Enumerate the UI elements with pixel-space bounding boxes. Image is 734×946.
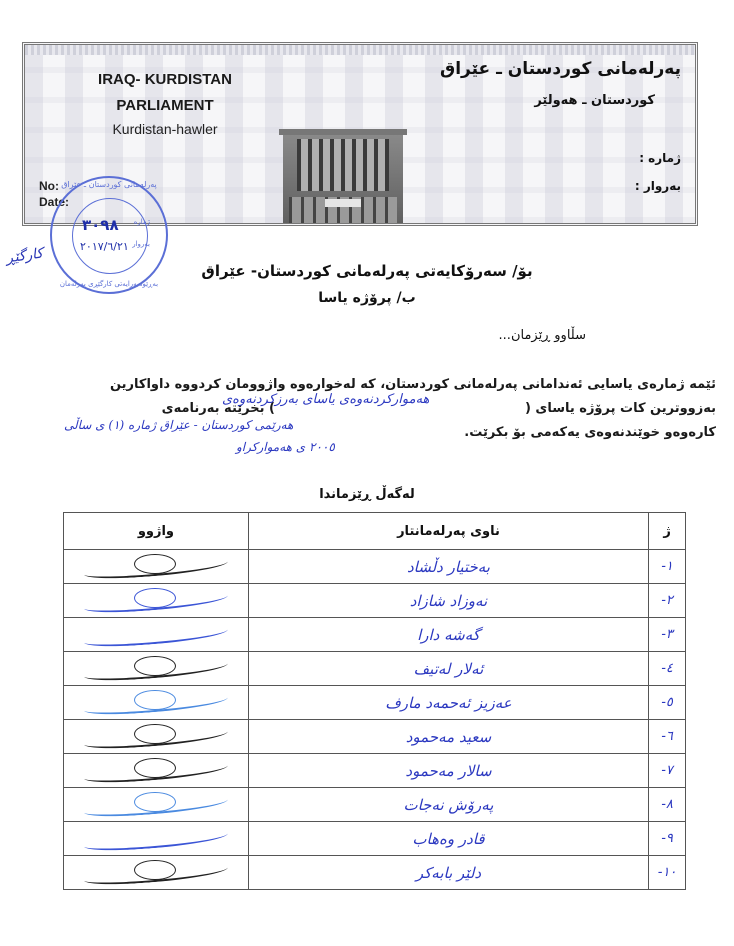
signature xyxy=(64,550,249,584)
member-name: نەوزاد شازاد xyxy=(248,584,648,618)
header-signature: واژوو xyxy=(64,513,249,550)
row-number: ٩- xyxy=(649,822,686,856)
signatures-table: ژ ناوی پەرلەمانتار واژوو ١- بەختیار دڵشا… xyxy=(63,512,686,890)
signature xyxy=(64,822,249,856)
member-name: عەزیز ئەحمەد مارف xyxy=(248,686,648,720)
table-row: ٣- گەشە دارا xyxy=(64,618,686,652)
row-number: ٤- xyxy=(649,652,686,686)
body-line-2-start: بەزووترین کات پرۆژە یاسای ( xyxy=(525,401,716,416)
signature xyxy=(64,652,249,686)
handwritten-law-name-2: هەرێمی کوردستان - عێراق ژمارە (١) ی ساڵی xyxy=(64,418,293,432)
table-row: ٥- عەزیز ئەحمەد مارف xyxy=(64,686,686,720)
parliament-building-icon xyxy=(283,133,403,226)
member-name: گەشە دارا xyxy=(248,618,648,652)
table-row: ٤- ئەلار لەتیف xyxy=(64,652,686,686)
letterhead-english-title: IRAQ- KURDISTAN PARLIAMENT xyxy=(65,67,265,119)
en-title-line1: IRAQ- KURDISTAN xyxy=(65,67,265,93)
member-name: دلێر بابەکر xyxy=(248,856,648,890)
stamp-date-label: بەروار xyxy=(132,240,150,248)
signature xyxy=(64,754,249,788)
table-header-row: ژ ناوی پەرلەمانتار واژوو xyxy=(64,513,686,550)
member-name: قادر وەهاب xyxy=(248,822,648,856)
stamp-number-label: ژمارە xyxy=(134,218,150,226)
letterhead-border-strip xyxy=(25,45,695,55)
recipient-line: بۆ/ سەرۆکایەتی پەرلەمانی کوردستان- عێراق xyxy=(0,262,734,280)
handwritten-law-name-1: هەموارکردنەوەی یاسای بەرزکردنەوەی xyxy=(222,392,429,407)
table-row: ٢- نەوزاد شازاد xyxy=(64,584,686,618)
table-row: ٧- سالار مەحمود xyxy=(64,754,686,788)
signature xyxy=(64,720,249,754)
table-row: ٩- قادر وەهاب xyxy=(64,822,686,856)
row-number: ٧- xyxy=(649,754,686,788)
stamp-ring-text-top: پەرلەمانی کوردستان ـ عێراق xyxy=(52,180,166,189)
row-number: ٦- xyxy=(649,720,686,754)
member-name: بەختیار دڵشاد xyxy=(248,550,648,584)
member-name: پەرۆش نەجات xyxy=(248,788,648,822)
handwritten-law-name-3: ٢٠٠٥ ی هەموارکراو xyxy=(236,440,335,454)
table-row: ٦- سعید مەحمود xyxy=(64,720,686,754)
stamp-date: ٢٠١٧/٦/٢١ xyxy=(80,240,129,253)
signature xyxy=(64,584,249,618)
letterhead-english-subtitle: Kurdistan-hawler xyxy=(65,121,265,137)
row-number: ٥- xyxy=(649,686,686,720)
greeting: سڵاوو ڕێزمان... xyxy=(499,328,586,343)
letterhead-kurdish-subtitle: کوردستان ـ هەولێر xyxy=(534,93,655,108)
signature xyxy=(64,788,249,822)
table-row: ٨- پەرۆش نەجات xyxy=(64,788,686,822)
letterhead-kurdish-title: پەرلەمانی کوردستان ـ عێراق xyxy=(440,59,681,79)
signature xyxy=(64,618,249,652)
header-number: ژ xyxy=(649,513,686,550)
row-number: ٨- xyxy=(649,788,686,822)
signature xyxy=(64,856,249,890)
row-number: ١٠- xyxy=(649,856,686,890)
row-number: ٢- xyxy=(649,584,686,618)
table-row: ١٠- دلێر بابەکر xyxy=(64,856,686,890)
row-number: ٣- xyxy=(649,618,686,652)
member-name: سعید مەحمود xyxy=(248,720,648,754)
member-name: سالار مەحمود xyxy=(248,754,648,788)
signature xyxy=(64,686,249,720)
stamp-ring-text-bottom: بەڕێوەبەرایەتی کارگێڕی پەرلەمان xyxy=(52,280,166,288)
header-name: ناوی پەرلەمانتار xyxy=(248,513,648,550)
member-name: ئەلار لەتیف xyxy=(248,652,648,686)
en-title-line2: PARLIAMENT xyxy=(65,93,265,119)
letter-body: ئێمە ژمارەی یاسایی ئەندامانی پەرلەمانی ک… xyxy=(76,373,716,445)
stamp-number: ٣٠٩٨ xyxy=(82,216,119,234)
subject-line: ب/ پرۆژە یاسا xyxy=(0,290,734,306)
letterhead-kurdish-no-label: ژمارە : xyxy=(639,151,681,165)
closing-line: لەگەڵ ڕێزماندا xyxy=(0,487,734,502)
letterhead-kurdish-date-label: بەروار : xyxy=(635,179,681,193)
table-row: ١- بەختیار دڵشاد xyxy=(64,550,686,584)
row-number: ١- xyxy=(649,550,686,584)
